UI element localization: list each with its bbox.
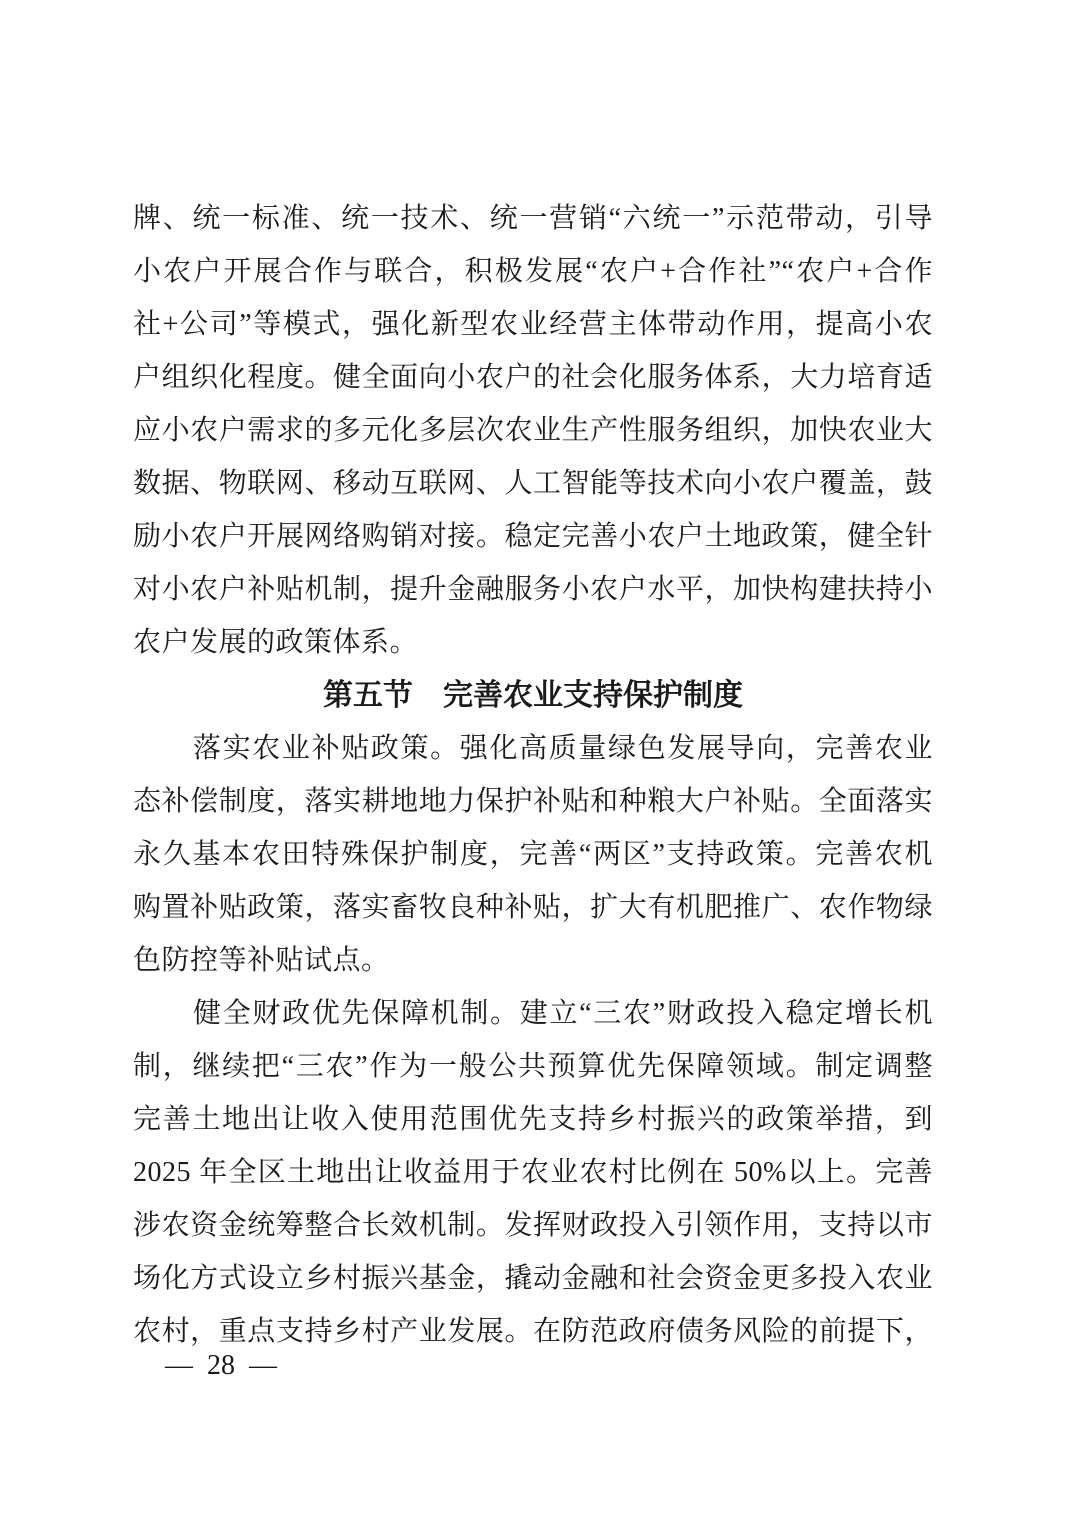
text-line: 购置补贴政策，落实畜牧良种补贴，扩大有机肥推广、农作物绿 xyxy=(133,881,933,934)
text-line: 完善土地出让收入使用范围优先支持乡村振兴的政策举措，到 xyxy=(133,1093,933,1146)
text-line: 落实农业补贴政策。强化高质量绿色发展导向，完善农业生 xyxy=(133,722,933,775)
section-heading: 第五节 完善农业支持保护制度 xyxy=(133,669,933,722)
text-line: 2025 年全区土地出让收益用于农业农村比例在 50%以上。完善 xyxy=(133,1146,933,1199)
body-text: 牌、统一标准、统一技术、统一营销“六统一”示范带动，引导 小农户开展合作与联合，… xyxy=(133,192,933,1358)
document-page: 牌、统一标准、统一技术、统一营销“六统一”示范带动，引导 小农户开展合作与联合，… xyxy=(0,0,1074,1520)
text-line: 态补偿制度，落实耕地地力保护补贴和种粮大户补贴。全面落实 xyxy=(133,775,933,828)
page-number: 28 xyxy=(207,1350,235,1381)
text-line: 社+公司”等模式，强化新型农业经营主体带动作用，提高小农 xyxy=(133,298,933,351)
text-line: 户组织化程度。健全面向小农户的社会化服务体系，大力培育适 xyxy=(133,351,933,404)
text-line: 小农户开展合作与联合，积极发展“农户+合作社”“农户+合作 xyxy=(133,245,933,298)
page-footer: —28— xyxy=(165,1348,277,1384)
text-line: 永久基本农田特殊保护制度，完善“两区”支持政策。完善农机 xyxy=(133,828,933,881)
text-line: 应小农户需求的多元化多层次农业生产性服务组织，加快农业大 xyxy=(133,404,933,457)
text-line: 数据、物联网、移动互联网、人工智能等技术向小农户覆盖，鼓 xyxy=(133,457,933,510)
text-line: 农户发展的政策体系。 xyxy=(133,616,933,669)
text-line: 健全财政优先保障机制。建立“三农”财政投入稳定增长机 xyxy=(133,987,933,1040)
text-line: 对小农户补贴机制，提升金融服务小农户水平，加快构建扶持小 xyxy=(133,563,933,616)
footer-dash-left: — xyxy=(165,1350,193,1381)
text-line: 场化方式设立乡村振兴基金，撬动金融和社会资金更多投入农业 xyxy=(133,1252,933,1305)
text-line: 制，继续把“三农”作为一般公共预算优先保障领域。制定调整 xyxy=(133,1040,933,1093)
footer-dash-right: — xyxy=(249,1350,277,1381)
text-line: 励小农户开展网络购销对接。稳定完善小农户土地政策，健全针 xyxy=(133,510,933,563)
text-line: 色防控等补贴试点。 xyxy=(133,934,933,987)
text-line: 牌、统一标准、统一技术、统一营销“六统一”示范带动，引导 xyxy=(133,192,933,245)
text-line: 涉农资金统筹整合长效机制。发挥财政投入引领作用，支持以市 xyxy=(133,1199,933,1252)
